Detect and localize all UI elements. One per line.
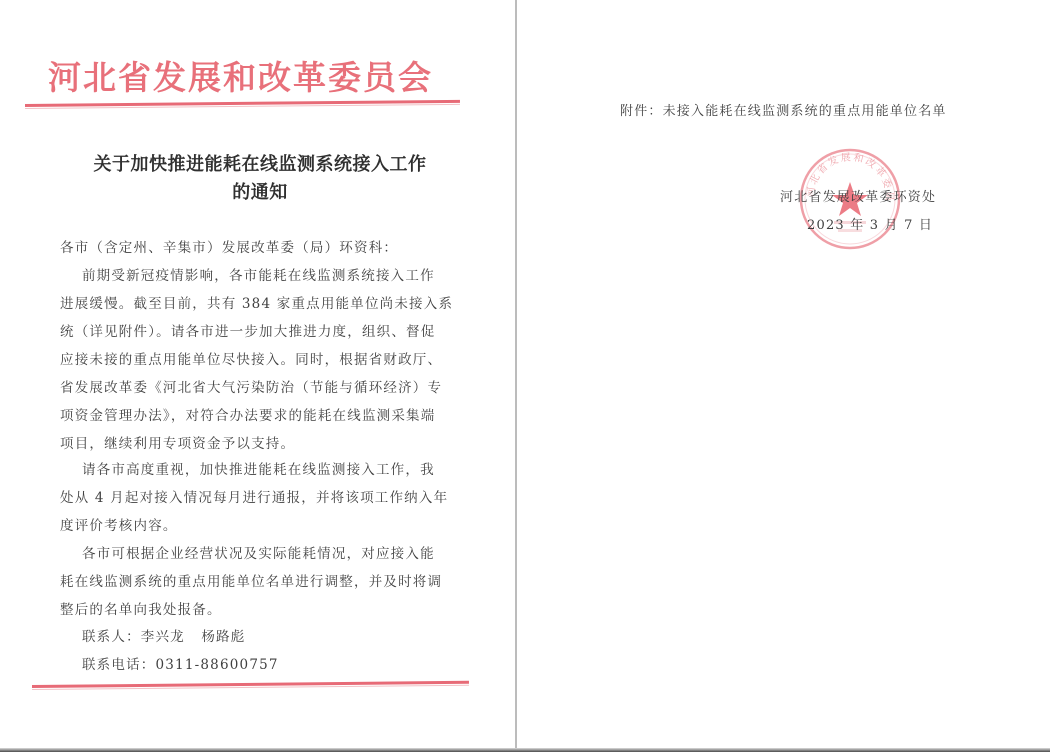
document-title-line-1: 关于加快推进能耗在线监测系统接入工作 <box>40 150 480 176</box>
body-line: 耗在线监测系统的重点用能单位名单进行调整，并及时将调 <box>60 570 460 590</box>
body-line: 应接未接的重点用能单位尽快接入。同时，根据省财政厅、 <box>60 348 460 368</box>
body-line: 省发展改革委《河北省大气污染防治（节能与循环经济）专 <box>60 376 460 396</box>
body-line: 项资金管理办法》，对符合办法要求的能耗在线监测采集端 <box>60 404 460 424</box>
header-red-rule <box>25 100 460 107</box>
document-page-left: 河北省发展和改革委员会 关于加快推进能耗在线监测系统接入工作 的通知 各市（含定… <box>0 0 515 748</box>
body-line: 请各市高度重视，加快推进能耗在线监测接入工作，我 <box>60 458 460 478</box>
body-line: 前期受新冠疫情影响，各市能耗在线监测系统接入工作 <box>60 264 460 284</box>
contact-phone: 联系电话：0311-88600757 <box>60 653 460 673</box>
body-line: 统（详见附件）。请各市进一步加大推进力度，组织、督促 <box>60 320 460 340</box>
attachment-note: 附件：未接入能耗在线监测系统的重点用能单位名单 <box>620 100 947 119</box>
signoff-organization: 河北省发展改革委环资处 <box>780 186 936 205</box>
body-line: 整后的名单向我处报备。 <box>60 598 460 618</box>
viewer-bottom-edge <box>0 748 1050 752</box>
body-line: 项目，继续利用专项资金予以支持。 <box>60 432 460 452</box>
body-line: 各市可根据企业经营状况及实际能耗情况，对应接入能 <box>60 542 460 562</box>
contact-persons: 联系人：李兴龙 杨路彪 <box>60 625 460 645</box>
body-line: 进展缓慢。截至目前，共有 384 家重点用能单位尚未接入系 <box>60 292 460 312</box>
org-header: 河北省发展和改革委员会 <box>48 52 448 99</box>
signoff-date: 2023 年 3 月 7 日 <box>807 214 933 233</box>
salutation: 各市（含定州、辛集市）发展改革委（局）环资科： <box>60 236 460 256</box>
page-divider <box>515 0 517 748</box>
document-title-line-2: 的通知 <box>40 178 480 204</box>
body-line: 处从 4 月起对接入情况每月进行通报，并将该项工作纳入年 <box>60 486 460 506</box>
body-line: 度评价考核内容。 <box>60 514 460 534</box>
footer-red-rule <box>32 681 469 688</box>
